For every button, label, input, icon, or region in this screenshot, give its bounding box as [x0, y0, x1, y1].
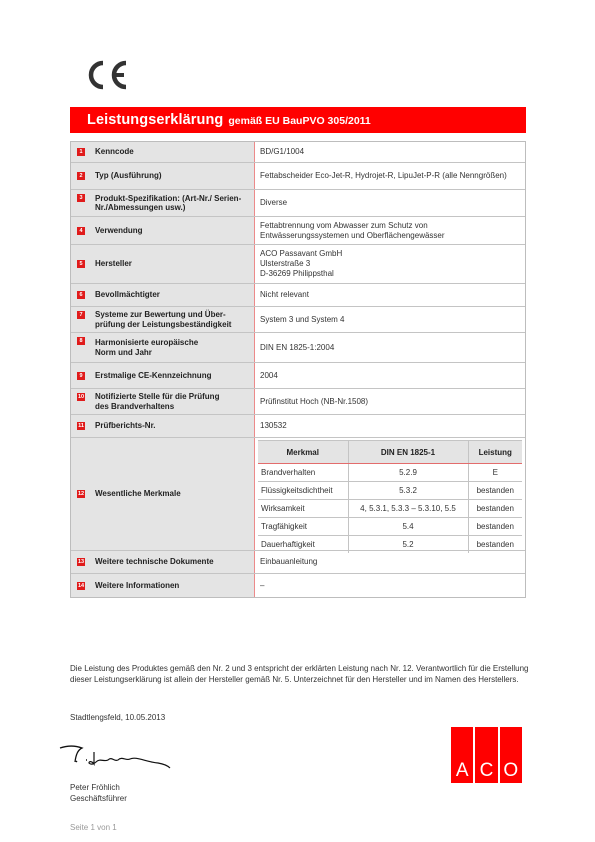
row-number-badge: 12	[77, 490, 85, 498]
row-number-badge: 11	[77, 422, 85, 430]
row-label: Weitere technische Dokumente	[95, 557, 214, 567]
leistung-cell: E	[468, 464, 522, 482]
row-label: Verwendung	[95, 226, 143, 236]
row-number-badge: 1	[77, 148, 85, 156]
logo-letter: C	[480, 761, 494, 780]
place-date: Stadtlengsfeld, 10.05.2013	[70, 713, 165, 722]
row-label: Weitere Informationen	[95, 581, 179, 591]
row-value: –	[255, 574, 525, 597]
row-value: Diverse	[255, 190, 525, 216]
declaration-statement: Die Leistung des Produktes gemäß den Nr.…	[70, 664, 530, 685]
column-header-merkmal: Merkmal	[258, 441, 348, 464]
table-row: 13Weitere technische Dokumente Einbauanl…	[71, 551, 525, 574]
leistung-cell: bestanden	[468, 482, 522, 500]
row-value: 2004	[255, 363, 525, 388]
merkmal-cell: Brandverhalten	[258, 464, 348, 482]
column-header-norm: DIN EN 1825-1	[348, 441, 468, 464]
leistung-cell: bestanden	[468, 500, 522, 518]
table-row: Flüssigkeitsdichtheit 5.3.2 bestanden	[258, 482, 522, 500]
row-label: Wesentliche Merkmale	[95, 489, 181, 499]
row-number-badge: 14	[77, 582, 85, 590]
row-label: Systeme zur Bewertung und Über-prüfung d…	[95, 310, 254, 329]
row-label: Prüfberichts-Nr.	[95, 421, 155, 431]
table-row: 14Weitere Informationen –	[71, 574, 525, 597]
table-row: 5Hersteller ACO Passavant GmbH Ulsterstr…	[71, 245, 525, 284]
norm-cell: 5.3.2	[348, 482, 468, 500]
table-row: 11Prüfberichts-Nr. 130532	[71, 415, 525, 438]
row-value: BD/G1/1004	[255, 142, 525, 162]
merkmal-cell: Wirksamkeit	[258, 500, 348, 518]
row-label: Produkt-Spezifikation: (Art-Nr./ Serien-…	[95, 194, 245, 213]
norm-cell: 5.2.9	[348, 464, 468, 482]
declaration-table: 1Kenncode BD/G1/1004 2Typ (Ausführung) F…	[70, 141, 526, 598]
characteristics-container: Merkmal DIN EN 1825-1 Leistung Brandverh…	[255, 438, 525, 550]
norm-cell: 5.4	[348, 518, 468, 536]
row-value: Einbauanleitung	[255, 551, 525, 573]
row-label: Notifizierte Stelle für die Prüfung des …	[95, 392, 225, 411]
signature-icon	[58, 744, 178, 774]
row-number-badge: 13	[77, 558, 85, 566]
logo-bar: A	[451, 727, 473, 783]
table-row: 10Notifizierte Stelle für die Prüfung de…	[71, 389, 525, 415]
row-value: 130532	[255, 415, 525, 437]
signer-block: Peter Fröhlich Geschäftsführer	[70, 783, 127, 804]
table-row: Tragfähigkeit 5.4 bestanden	[258, 518, 522, 536]
row-number-badge: 5	[77, 260, 85, 268]
table-row: 7Systeme zur Bewertung und Über-prüfung …	[71, 307, 525, 333]
row-value: Nicht relevant	[255, 284, 525, 306]
logo-letter: O	[503, 761, 518, 780]
row-number-badge: 9	[77, 372, 85, 380]
table-row: 2Typ (Ausführung) Fettabscheider Eco-Jet…	[71, 163, 525, 190]
address-line: ACO Passavant GmbH	[260, 249, 342, 259]
row-label: Kenncode	[95, 147, 134, 157]
row-value: Fettabtrennung vom Abwasser zum Schutz v…	[255, 217, 525, 244]
row-label: Harmonisierte europäische Norm und Jahr	[95, 338, 215, 357]
signer-title: Geschäftsführer	[70, 794, 127, 805]
row-number-badge: 3	[77, 194, 85, 202]
column-header-leistung: Leistung	[468, 441, 522, 464]
table-row: 8Harmonisierte europäische Norm und Jahr…	[71, 333, 525, 363]
characteristics-table: Merkmal DIN EN 1825-1 Leistung Brandverh…	[258, 440, 522, 553]
table-row: 9Erstmalige CE-Kennzeichnung 2004	[71, 363, 525, 389]
row-value: System 3 und System 4	[255, 307, 525, 332]
row-value: Prüfinstitut Hoch (NB-Nr.1508)	[255, 389, 525, 414]
merkmal-cell: Flüssigkeitsdichtheit	[258, 482, 348, 500]
page-number: Seite 1 von 1	[70, 823, 117, 832]
title-banner: Leistungserklärung gemäß EU BauPVO 305/2…	[70, 107, 526, 133]
row-value: Fettabscheider Eco-Jet-R, Hydrojet-R, Li…	[255, 163, 525, 189]
row-number-badge: 7	[77, 311, 85, 319]
table-row: 1Kenncode BD/G1/1004	[71, 142, 525, 163]
table-row: Wirksamkeit 4, 5.3.1, 5.3.3 – 5.3.10, 5.…	[258, 500, 522, 518]
row-number-badge: 2	[77, 172, 85, 180]
aco-logo: A C O	[451, 727, 522, 783]
table-row: 3Produkt-Spezifikation: (Art-Nr./ Serien…	[71, 190, 525, 217]
row-label: Erstmalige CE-Kennzeichnung	[95, 371, 211, 381]
merkmal-cell: Tragfähigkeit	[258, 518, 348, 536]
logo-letter: A	[456, 761, 469, 780]
row-label: Hersteller	[95, 259, 132, 269]
row-number-badge: 6	[77, 291, 85, 299]
table-row: 12Wesentliche Merkmale Merkmal DIN EN 18…	[71, 438, 525, 551]
leistung-cell: bestanden	[468, 518, 522, 536]
signer-name: Peter Fröhlich	[70, 783, 127, 794]
norm-cell: 4, 5.3.1, 5.3.3 – 5.3.10, 5.5	[348, 500, 468, 518]
row-label: Typ (Ausführung)	[95, 171, 162, 181]
logo-bar: C	[475, 727, 497, 783]
document-title: Leistungserklärung	[87, 112, 223, 128]
ce-mark-icon	[86, 60, 130, 90]
address-line: Ulsterstraße 3	[260, 259, 310, 269]
row-label: Bevollmächtigter	[95, 290, 160, 300]
row-number-badge: 8	[77, 337, 85, 345]
row-number-badge: 4	[77, 227, 85, 235]
row-value: DIN EN 1825-1:2004	[255, 333, 525, 362]
table-row: 6Bevollmächtigter Nicht relevant	[71, 284, 525, 307]
address-line: D-36269 Philippsthal	[260, 269, 334, 279]
document-subtitle: gemäß EU BauPVO 305/2011	[228, 115, 370, 127]
logo-bar: O	[500, 727, 522, 783]
table-row: Brandverhalten 5.2.9 E	[258, 464, 522, 482]
row-number-badge: 10	[77, 393, 85, 401]
table-row: 4Verwendung Fettabtrennung vom Abwasser …	[71, 217, 525, 245]
manufacturer-address: ACO Passavant GmbH Ulsterstraße 3 D-3626…	[255, 245, 525, 283]
